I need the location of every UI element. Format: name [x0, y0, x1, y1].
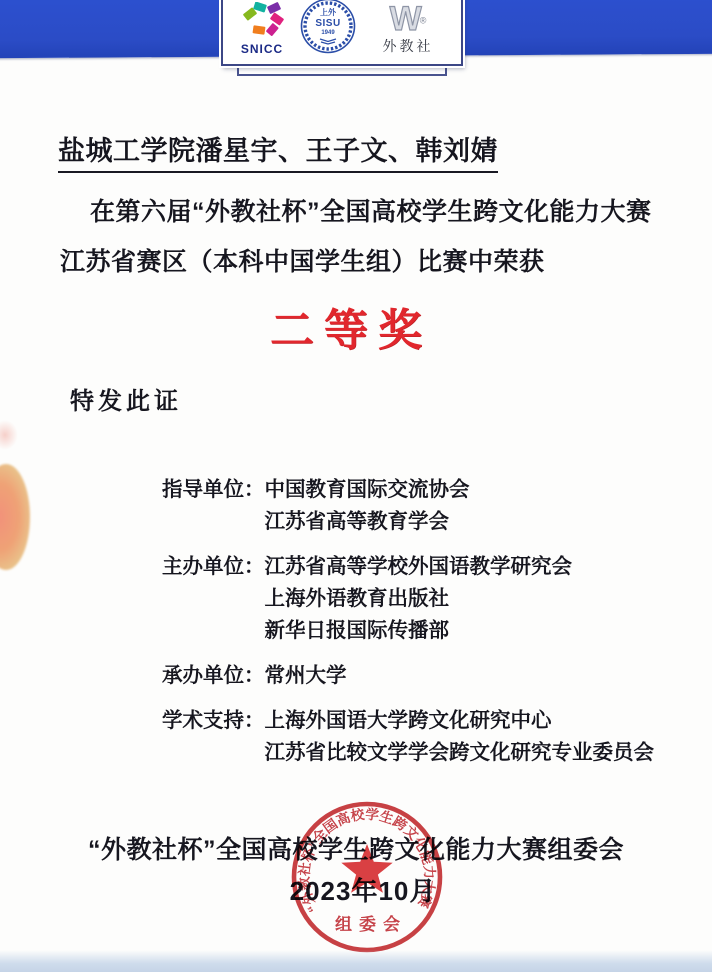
snicc-pinwheel-icon	[238, 2, 286, 40]
issue-statement: 特发此证	[70, 381, 182, 416]
credit-items: 中国教育国际交流协会 江苏省高等教育学会	[265, 474, 470, 538]
recipient-names: 盐城工学院潘星宇、王子文、韩刘婧	[58, 129, 498, 173]
bottom-backdrop-strip	[0, 950, 712, 972]
credit-item: 上海外语教育出版社	[265, 583, 573, 615]
sisu-mid-text: SISU	[315, 18, 340, 29]
snicc-label: SNICC	[241, 42, 283, 56]
logo-plaque: SNICC 上外 SISU 1949 W® 外教社	[221, 0, 463, 66]
competition-title-line: 在第六届“外教社杯”全国高校学生跨文化能力大赛	[90, 192, 652, 228]
credit-label: 指导单位：	[162, 474, 265, 538]
credit-items: 江苏省高等学校外国语教学研究会 上海外语教育出版社 新华日报国际传播部	[265, 551, 573, 647]
seal-star-icon	[341, 844, 392, 893]
division-group-line: 江苏省赛区（本科中国学生组）比赛中荣获	[60, 242, 545, 278]
snicc-logo: SNICC	[238, 2, 286, 56]
organizer-credits: 指导单位： 中国教育国际交流协会 江苏省高等教育学会 主办单位： 江苏省高等学校…	[162, 474, 654, 782]
credit-label: 学术支持：	[162, 705, 265, 769]
credit-group-host: 主办单位： 江苏省高等学校外国语教学研究会 上海外语教育出版社 新华日报国际传播…	[162, 551, 654, 647]
sisu-top-text: 上外	[320, 7, 337, 17]
credit-item: 上海外国语大学跨文化研究中心	[265, 705, 655, 737]
seal-bottom-text: 组委会	[335, 914, 407, 934]
holding-finger	[0, 464, 30, 570]
credit-group-guidance: 指导单位： 中国教育国际交流协会 江苏省高等教育学会	[162, 474, 654, 538]
registered-mark-icon: ®	[420, 16, 427, 26]
credit-items: 常州大学	[265, 660, 347, 692]
sisu-year-text: 1949	[321, 30, 335, 36]
credit-item: 江苏省高等教育学会	[265, 506, 470, 538]
credit-item: 江苏省比较文学学会跨文化研究专业委员会	[265, 737, 655, 769]
credit-group-organizer: 承办单位： 常州大学	[162, 660, 654, 692]
award-grade-text: 二等奖	[0, 294, 712, 358]
sisu-emblem-icon: 上外 SISU 1949	[300, 0, 356, 56]
waijiaoshe-label: 外教社	[383, 36, 434, 56]
official-red-seal: “外教社杯”全国高校学生跨文化能力大赛 组委会	[289, 799, 445, 955]
certificate-photo: SNICC 上外 SISU 1949 W® 外教社 盐城工学院潘星宇、王子文、韩…	[0, 0, 712, 972]
credit-items: 上海外国语大学跨文化研究中心 江苏省比较文学学会跨文化研究专业委员会	[265, 705, 655, 769]
credit-item: 中国教育国际交流协会	[265, 474, 470, 506]
waijiaoshe-logo: W® 外教社	[370, 4, 446, 56]
sisu-emblem: 上外 SISU 1949	[300, 0, 356, 56]
credit-group-academic: 学术支持： 上海外国语大学跨文化研究中心 江苏省比较文学学会跨文化研究专业委员会	[162, 705, 654, 769]
credit-item: 江苏省高等学校外国语教学研究会	[265, 551, 573, 583]
credit-label: 主办单位：	[162, 551, 265, 647]
credit-item: 常州大学	[265, 660, 347, 692]
finger-smudge	[0, 420, 18, 450]
credit-label: 承办单位：	[162, 660, 265, 692]
w-letter-icon: W	[390, 0, 420, 38]
credit-item: 新华日报国际传播部	[265, 615, 573, 647]
